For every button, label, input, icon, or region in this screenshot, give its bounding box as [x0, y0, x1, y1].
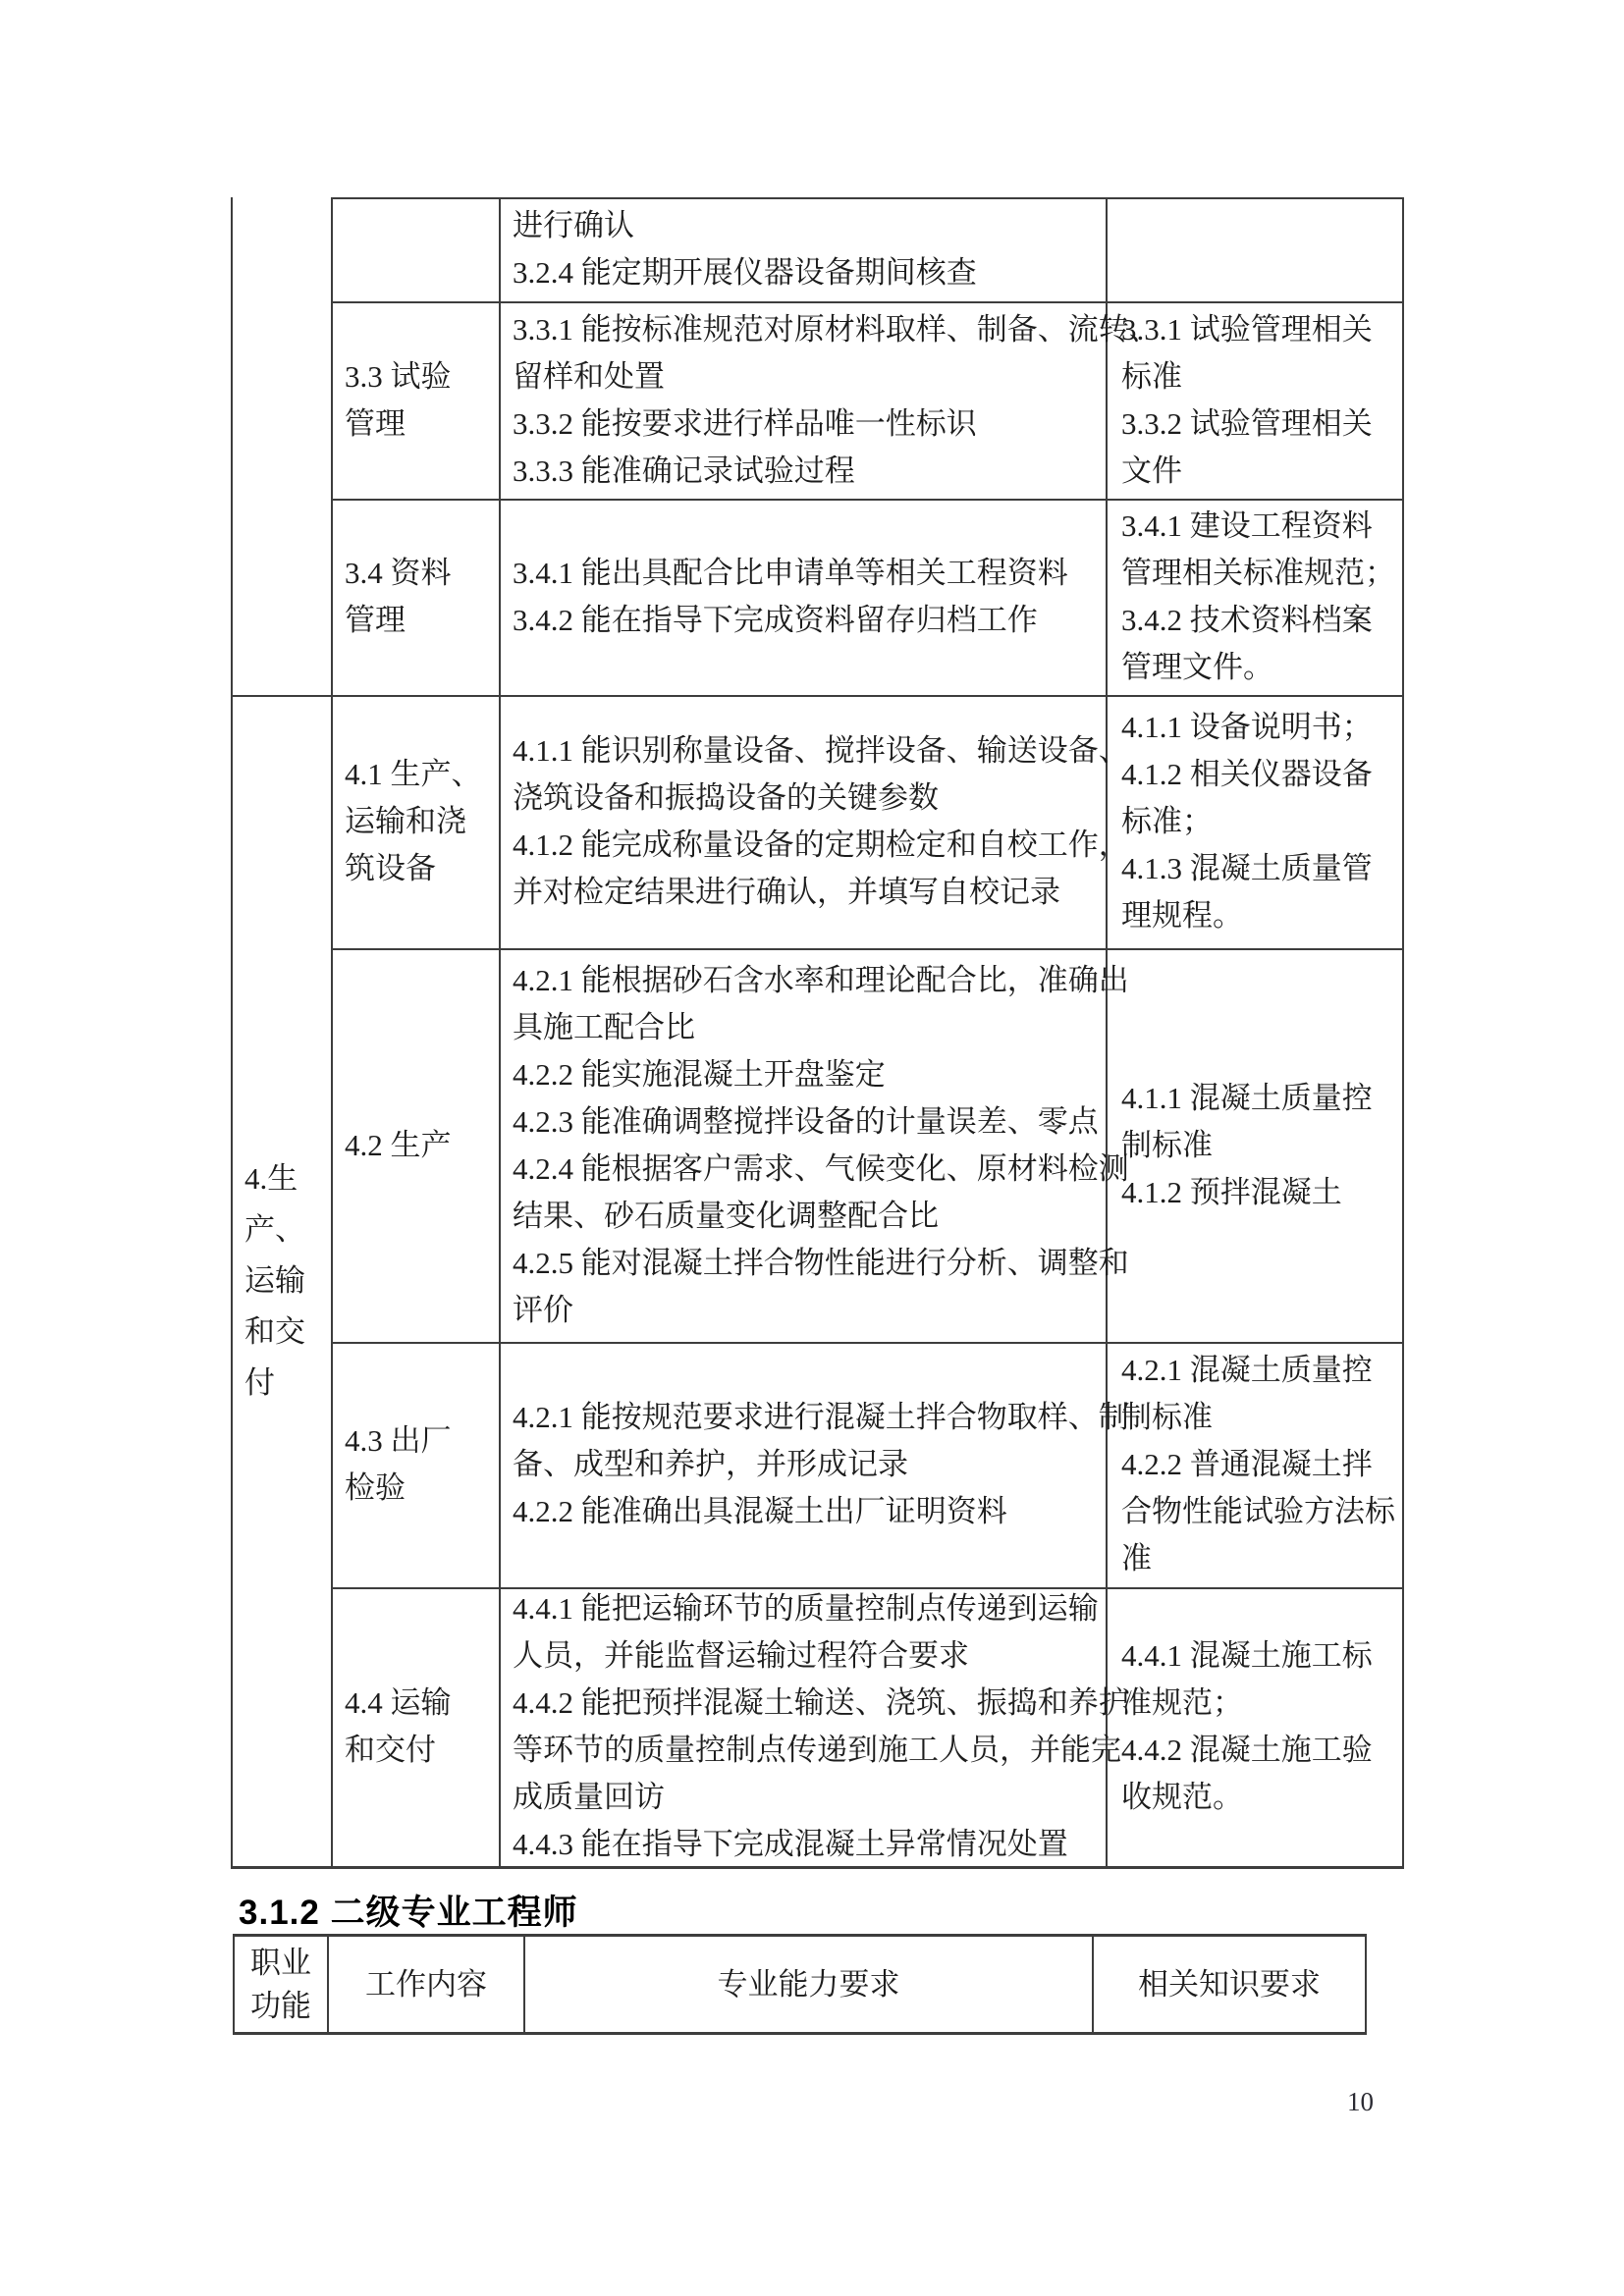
text-line: 具施工配合比 [513, 1004, 1106, 1051]
text-line: 和交付 [345, 1727, 497, 1774]
text-line: 4.2.2 普通混凝土拌 [1121, 1441, 1400, 1488]
text-line: 4.2.2 能准确出具混凝土出厂证明资料 [513, 1488, 1106, 1535]
document-page: 4.生产、运输和交付 进行确认3.2.4 能定期开展仪器设备期间核查 3.3 试… [0, 0, 1624, 2296]
skills-cell: 3.3.1 能按标准规范对原材料取样、制备、流转、留样和处置3.3.2 能按要求… [501, 303, 1106, 497]
text-line: 4.4.2 混凝土施工验 [1121, 1727, 1400, 1774]
skills-cell: 4.1.1 能识别称量设备、搅拌设备、输送设备、浇筑设备和振捣设备的关键参数4.… [501, 697, 1106, 946]
text-line: 备、成型和养护，并形成记录 [513, 1441, 1106, 1488]
text-line: 4.2.1 能根据砂石含水率和理论配合比，准确出 [513, 957, 1106, 1004]
text-line: 收规范。 [1121, 1774, 1400, 1821]
knowledge-cell [1110, 199, 1400, 299]
text-line: 3.3.2 试验管理相关 [1121, 400, 1400, 448]
text-line: 4.1.1 设备说明书； [1121, 704, 1400, 751]
header-label: 工作内容 [365, 1963, 487, 2006]
work-cell: 3.4 资料管理 [333, 501, 497, 693]
knowledge-cell: 4.2.1 混凝土质量控制标准4.2.2 普通混凝土拌合物性能试验方法标准 [1110, 1344, 1400, 1585]
work-cell: 4.1 生产、运输和浇筑设备 [333, 697, 497, 946]
text-line: 4.2.1 混凝土质量控 [1121, 1347, 1400, 1394]
text-line: 成质量回访 [513, 1774, 1106, 1821]
page-number: 10 [1347, 2087, 1374, 2117]
header-cell-work: 工作内容 [329, 1937, 523, 2032]
work-cell [333, 199, 497, 299]
text-line: 检验 [345, 1465, 497, 1512]
text-line: 3.4.2 能在指导下完成资料留存归档工作 [513, 597, 1106, 644]
text-line: 运输 [244, 1255, 329, 1307]
text-line: 3.3.1 试验管理相关 [1121, 306, 1400, 353]
text-line: 3.3.2 能按要求进行样品唯一性标识 [513, 400, 1106, 448]
text-line: 4.2.2 能实施混凝土开盘鉴定 [513, 1051, 1106, 1098]
text-line: 管理相关标准规范； [1121, 550, 1400, 597]
text-line: 等环节的质量控制点传递到施工人员，并能完 [513, 1727, 1106, 1774]
work-cell: 4.4 运输和交付 [333, 1589, 497, 1864]
text-line: 职业 [250, 1942, 311, 1985]
header-label: 相关知识要求 [1138, 1963, 1321, 2006]
grid-line [1365, 1934, 1367, 2035]
work-cell: 3.3 试验管理 [333, 303, 497, 497]
knowledge-cell: 4.1.1 设备说明书；4.1.2 相关仪器设备标准；4.1.3 混凝土质量管理… [1110, 697, 1400, 946]
text-line: 4.2 生产 [345, 1122, 497, 1169]
text-line: 4.1.1 能识别称量设备、搅拌设备、输送设备、 [513, 727, 1106, 774]
text-line: 3.2.4 能定期开展仪器设备期间核查 [513, 249, 1106, 296]
text-line: 4.1 生产、 [345, 751, 497, 798]
skills-cell: 进行确认3.2.4 能定期开展仪器设备期间核查 [501, 199, 1106, 299]
text-line: 管理 [345, 597, 497, 644]
header-cell-knowledge: 相关知识要求 [1094, 1937, 1365, 2032]
text-line: 4.4.2 能把预拌混凝土输送、浇筑、振捣和养护 [513, 1680, 1106, 1727]
text-line: 3.4 资料 [345, 550, 497, 597]
header-label: 专业能力要求 [718, 1963, 900, 2006]
knowledge-cell: 4.4.1 混凝土施工标准规范；4.4.2 混凝土施工验收规范。 [1110, 1589, 1400, 1864]
knowledge-cell: 3.3.1 试验管理相关标准3.3.2 试验管理相关文件 [1110, 303, 1400, 497]
header-cell-function: 职业功能 [235, 1937, 327, 2032]
text-line: 留样和处置 [513, 353, 1106, 400]
text-line: 制标准 [1121, 1122, 1400, 1169]
text-line: 4.1.2 能完成称量设备的定期检定和自校工作， [513, 822, 1106, 869]
text-line: 筑设备 [345, 845, 497, 892]
text-line: 3.3.3 能准确记录试验过程 [513, 448, 1106, 495]
text-line: 准规范； [1121, 1680, 1400, 1727]
text-line: 进行确认 [513, 202, 1106, 249]
text-line: 3.4.2 技术资料档案 [1121, 597, 1400, 644]
knowledge-cell: 4.1.1 混凝土质量控制标准4.1.2 预拌混凝土 [1110, 950, 1400, 1340]
text-line: 4.3 出厂 [345, 1417, 497, 1465]
skills-cell: 4.2.1 能根据砂石含水率和理论配合比，准确出具施工配合比4.2.2 能实施混… [501, 950, 1106, 1340]
text-line: 3.3 试验 [345, 353, 497, 400]
work-cell: 4.2 生产 [333, 950, 497, 1340]
text-line: 并对检定结果进行确认，并填写自校记录 [513, 869, 1106, 916]
function-cell-section4: 4.生产、运输和交付 [233, 697, 329, 1864]
section-heading: 3.1.2 二级专业工程师 [239, 1886, 578, 1935]
text-line: 准 [1121, 1535, 1400, 1582]
text-line: 3.3.1 能按标准规范对原材料取样、制备、流转、 [513, 306, 1106, 353]
text-line: 4.2.3 能准确调整搅拌设备的计量误差、零点 [513, 1098, 1106, 1146]
text-line: 4.2.1 能按规范要求进行混凝土拌合物取样、制 [513, 1394, 1106, 1441]
text-line: 人员，并能监督运输过程符合要求 [513, 1632, 1106, 1680]
text-line: 3.4.1 建设工程资料 [1121, 503, 1400, 550]
knowledge-cell: 3.4.1 建设工程资料管理相关标准规范；3.4.2 技术资料档案管理文件。 [1110, 501, 1400, 693]
text-line: 标准 [1121, 353, 1400, 400]
text-line: 理规程。 [1121, 892, 1400, 939]
text-line: 和交 [244, 1307, 329, 1358]
text-line: 合物性能试验方法标 [1121, 1488, 1400, 1535]
text-line: 付 [244, 1358, 329, 1409]
text-line: 管理 [345, 400, 497, 448]
text-line: 4.2.4 能根据客户需求、气候变化、原材料检测 [513, 1146, 1106, 1193]
text-line: 浇筑设备和振捣设备的关键参数 [513, 774, 1106, 822]
text-line: 功能 [250, 1985, 311, 2028]
text-line: 4.2.5 能对混凝土拌合物性能进行分析、调整和 [513, 1240, 1106, 1287]
text-line: 4.1.2 相关仪器设备 [1121, 751, 1400, 798]
skills-cell: 3.4.1 能出具配合比申请单等相关工程资料3.4.2 能在指导下完成资料留存归… [501, 501, 1106, 693]
grid-line [1106, 197, 1108, 1869]
grid-line [1402, 197, 1404, 1869]
text-line: 4.1.2 预拌混凝土 [1121, 1169, 1400, 1216]
grid-line [233, 2032, 1367, 2035]
skills-cell: 4.4.1 能把运输环节的质量控制点传递到运输人员，并能监督运输过程符合要求4.… [501, 1589, 1106, 1864]
skills-cell: 4.2.1 能按规范要求进行混凝土拌合物取样、制备、成型和养护，并形成记录4.2… [501, 1344, 1106, 1585]
text-line: 3.4.1 能出具配合比申请单等相关工程资料 [513, 550, 1106, 597]
text-line: 产、 [244, 1204, 329, 1255]
text-line: 文件 [1121, 448, 1400, 495]
text-line: 制标准 [1121, 1394, 1400, 1441]
text-line: 结果、砂石质量变化调整配合比 [513, 1193, 1106, 1240]
text-line: 4.4.1 能把运输环节的质量控制点传递到运输 [513, 1585, 1106, 1632]
text-line: 4.4 运输 [345, 1680, 497, 1727]
text-line: 4.4.1 混凝土施工标 [1121, 1632, 1400, 1680]
header-cell-skills: 专业能力要求 [525, 1937, 1092, 2032]
text-line: 标准； [1121, 798, 1400, 845]
text-line: 运输和浇 [345, 798, 497, 845]
text-line: 评价 [513, 1287, 1106, 1334]
work-cell: 4.3 出厂检验 [333, 1344, 497, 1585]
text-line: 4.1.1 混凝土质量控 [1121, 1075, 1400, 1122]
text-line: 管理文件。 [1121, 644, 1400, 691]
text-line: 4.生 [244, 1153, 329, 1204]
text-line: 4.1.3 混凝土质量管 [1121, 845, 1400, 892]
text-line: 4.4.3 能在指导下完成混凝土异常情况处置 [513, 1821, 1106, 1868]
